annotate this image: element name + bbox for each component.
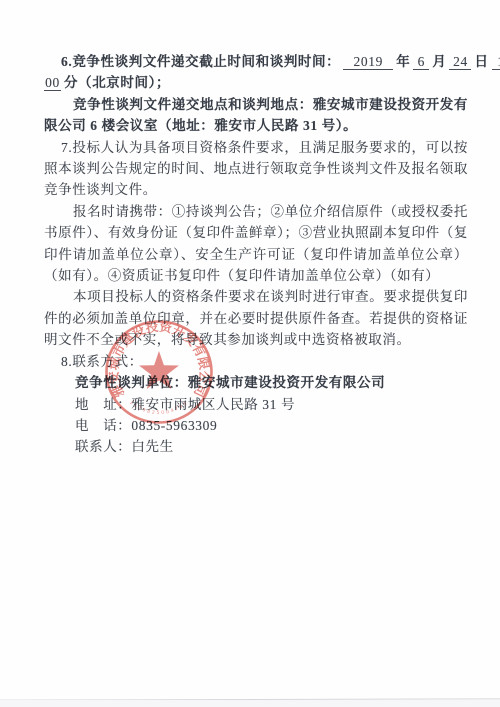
deadline-year-unit: 年 <box>396 54 410 69</box>
deadline-minute-suffix: 分（北京时间）； <box>64 75 170 90</box>
deadline-minute-value: 00 <box>44 75 61 91</box>
deadline-paragraph: 6.竞争性谈判文件递交截止时间和谈判时间：2019年6月24日15时 00分（北… <box>44 51 468 94</box>
item7-paragraph: 7.投标人认为具备项目资格条件要求，且满足服务要求的，可以按照本谈判公告规定的时… <box>44 137 468 201</box>
deadline-line-2: 00分（北京时间）； <box>44 75 170 90</box>
deadline-day-value: 24 <box>449 54 471 70</box>
scan-background-strip <box>0 700 500 707</box>
deadline-line-1: 6.竞争性谈判文件递交截止时间和谈判时间：2019年6月24日15时 <box>61 54 500 69</box>
company-seal-stamp: 雅安城市建设投资开发有限公司 1179825004793 <box>103 318 215 426</box>
svg-text:1179825004793: 1179825004793 <box>128 400 189 416</box>
contact-person-line: 联系人：白先生 <box>44 436 468 457</box>
deadline-month-unit: 月 <box>432 54 446 69</box>
deadline-hour-value: 15 <box>492 54 500 70</box>
deadline-month-value: 6 <box>413 54 429 70</box>
deadline-label: 6.竞争性谈判文件递交截止时间和谈判时间： <box>61 54 340 69</box>
seal-star-icon <box>139 351 179 389</box>
registration-bring-paragraph: 报名时请携带：①持谈判公告；②单位介绍信原件（或授权委托书原件）、有效身份证（复… <box>44 201 468 287</box>
deadline-day-unit: 日 <box>474 54 488 69</box>
deadline-year-value: 2019 <box>343 54 393 70</box>
document-page: 6.竞争性谈判文件递交截止时间和谈判时间：2019年6月24日15时 00分（北… <box>0 0 500 707</box>
seal-serial-number: 1179825004793 <box>128 400 189 416</box>
submission-location-paragraph: 竞争性谈判文件递交地点和谈判地点：雅安城市建设投资开发有限公司 6 楼会议室（地… <box>44 94 468 137</box>
